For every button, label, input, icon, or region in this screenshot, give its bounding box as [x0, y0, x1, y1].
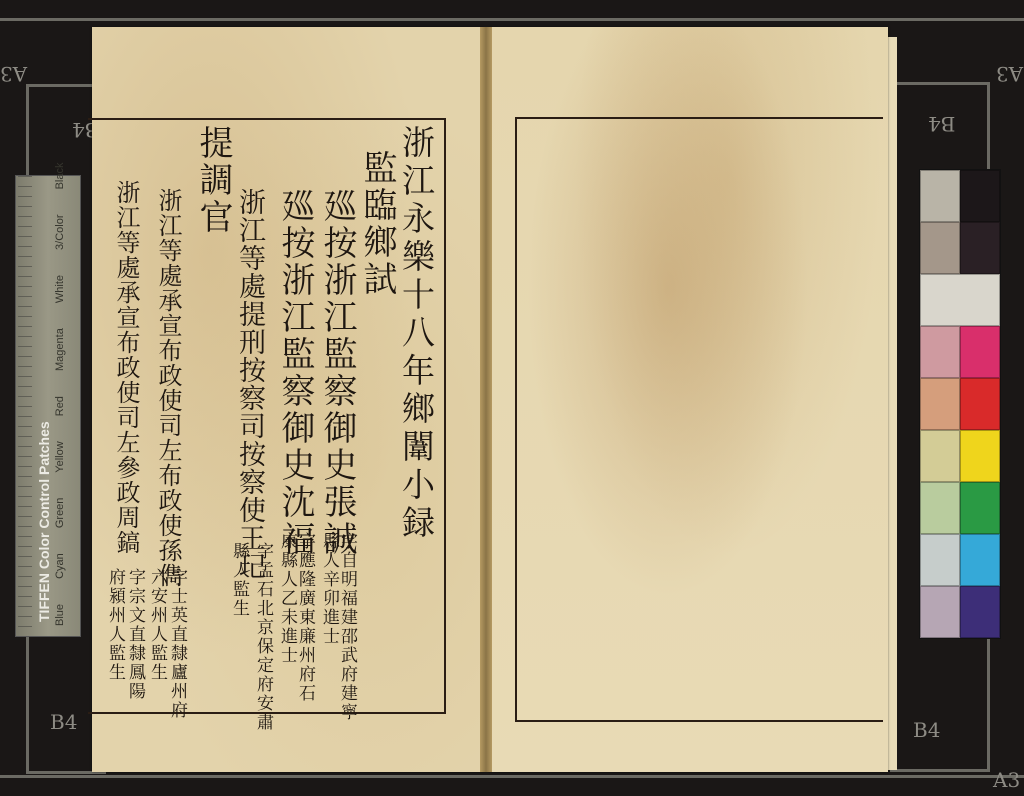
- color-patch: [960, 586, 1000, 638]
- color-patch: [960, 430, 1000, 482]
- color-patch: [920, 482, 960, 534]
- entry-note-3b: 縣人監生: [230, 542, 247, 618]
- entry-office-3: 浙江等處提刑按察司按察使王玘: [236, 188, 263, 580]
- entry-note-2a: 字應隆廣東廉州府石: [296, 532, 313, 703]
- ruler-ticks: [18, 176, 32, 636]
- entry-note-1b: 縣人辛卯進士: [320, 532, 337, 646]
- entry-note-5b: 府潁州人監生: [106, 568, 123, 682]
- section-heading-proctors: 提調官: [196, 125, 230, 236]
- entry-office-2: 廵按浙江監察御史沈福: [278, 188, 312, 558]
- tiffen-color-strip: TIFFEN Color Control Patches Blue Cyan G…: [15, 175, 81, 637]
- entry-note-3a: 字孟石北京保定府安肅: [254, 542, 271, 732]
- entry-note-5a: 字宗文直隸鳳陽: [126, 568, 143, 701]
- color-patch: [920, 534, 960, 586]
- tiffen-label: TIFFEN Color Control Patches: [36, 421, 52, 622]
- label-a3-top-left: A3: [0, 62, 27, 86]
- book-gutter: [480, 27, 492, 772]
- color-patch: [960, 534, 1000, 586]
- color-patch: [920, 274, 1000, 326]
- color-patch: [960, 378, 1000, 430]
- color-patch: [960, 326, 1000, 378]
- tiffen-brand: TIFFEN: [36, 573, 52, 622]
- tiffen-color-names: Blue Cyan Green Yellow Red Magenta White…: [54, 163, 66, 627]
- label-b4-top-right: B4: [928, 112, 955, 136]
- color-patch: [960, 170, 1000, 222]
- document-title: 浙江永樂十八年鄉闈小録: [400, 125, 433, 543]
- label-a3-top-right: A3: [996, 62, 1023, 86]
- entry-office-1: 廵按浙江監察御史張誠: [320, 188, 354, 558]
- entry-office-4: 浙江等處承宣布政使司左布政使孫儁: [156, 188, 180, 588]
- color-patch: [920, 326, 960, 378]
- entry-note-2b: 康縣人乙未進士: [278, 532, 295, 665]
- color-patch: [920, 170, 960, 222]
- color-patch: [920, 222, 960, 274]
- color-patch: [960, 222, 1000, 274]
- label-b4-bottom-left: B4: [50, 710, 77, 734]
- entry-note-4b: 六安州人監生: [148, 568, 165, 682]
- color-patch: [960, 482, 1000, 534]
- label-b4-bottom-right: B4: [913, 718, 940, 742]
- entry-office-5: 浙江等處承宣布政使司左參政周鎬: [114, 180, 138, 555]
- color-patch-bar: [919, 169, 1001, 639]
- color-patch: [920, 430, 960, 482]
- label-a3-bottom-right: A3: [993, 768, 1020, 792]
- color-patch: [920, 586, 960, 638]
- section-heading-supervisors: 監臨鄉試: [360, 150, 394, 298]
- tiffen-product: Color Control Patches: [36, 421, 52, 569]
- entry-note-4a: 字士英直隸廬州府: [168, 568, 185, 720]
- color-patch: [920, 378, 960, 430]
- entry-note-1a: 字自明福建邵武府建寧: [338, 532, 355, 722]
- right-page-border-frame: [515, 117, 883, 722]
